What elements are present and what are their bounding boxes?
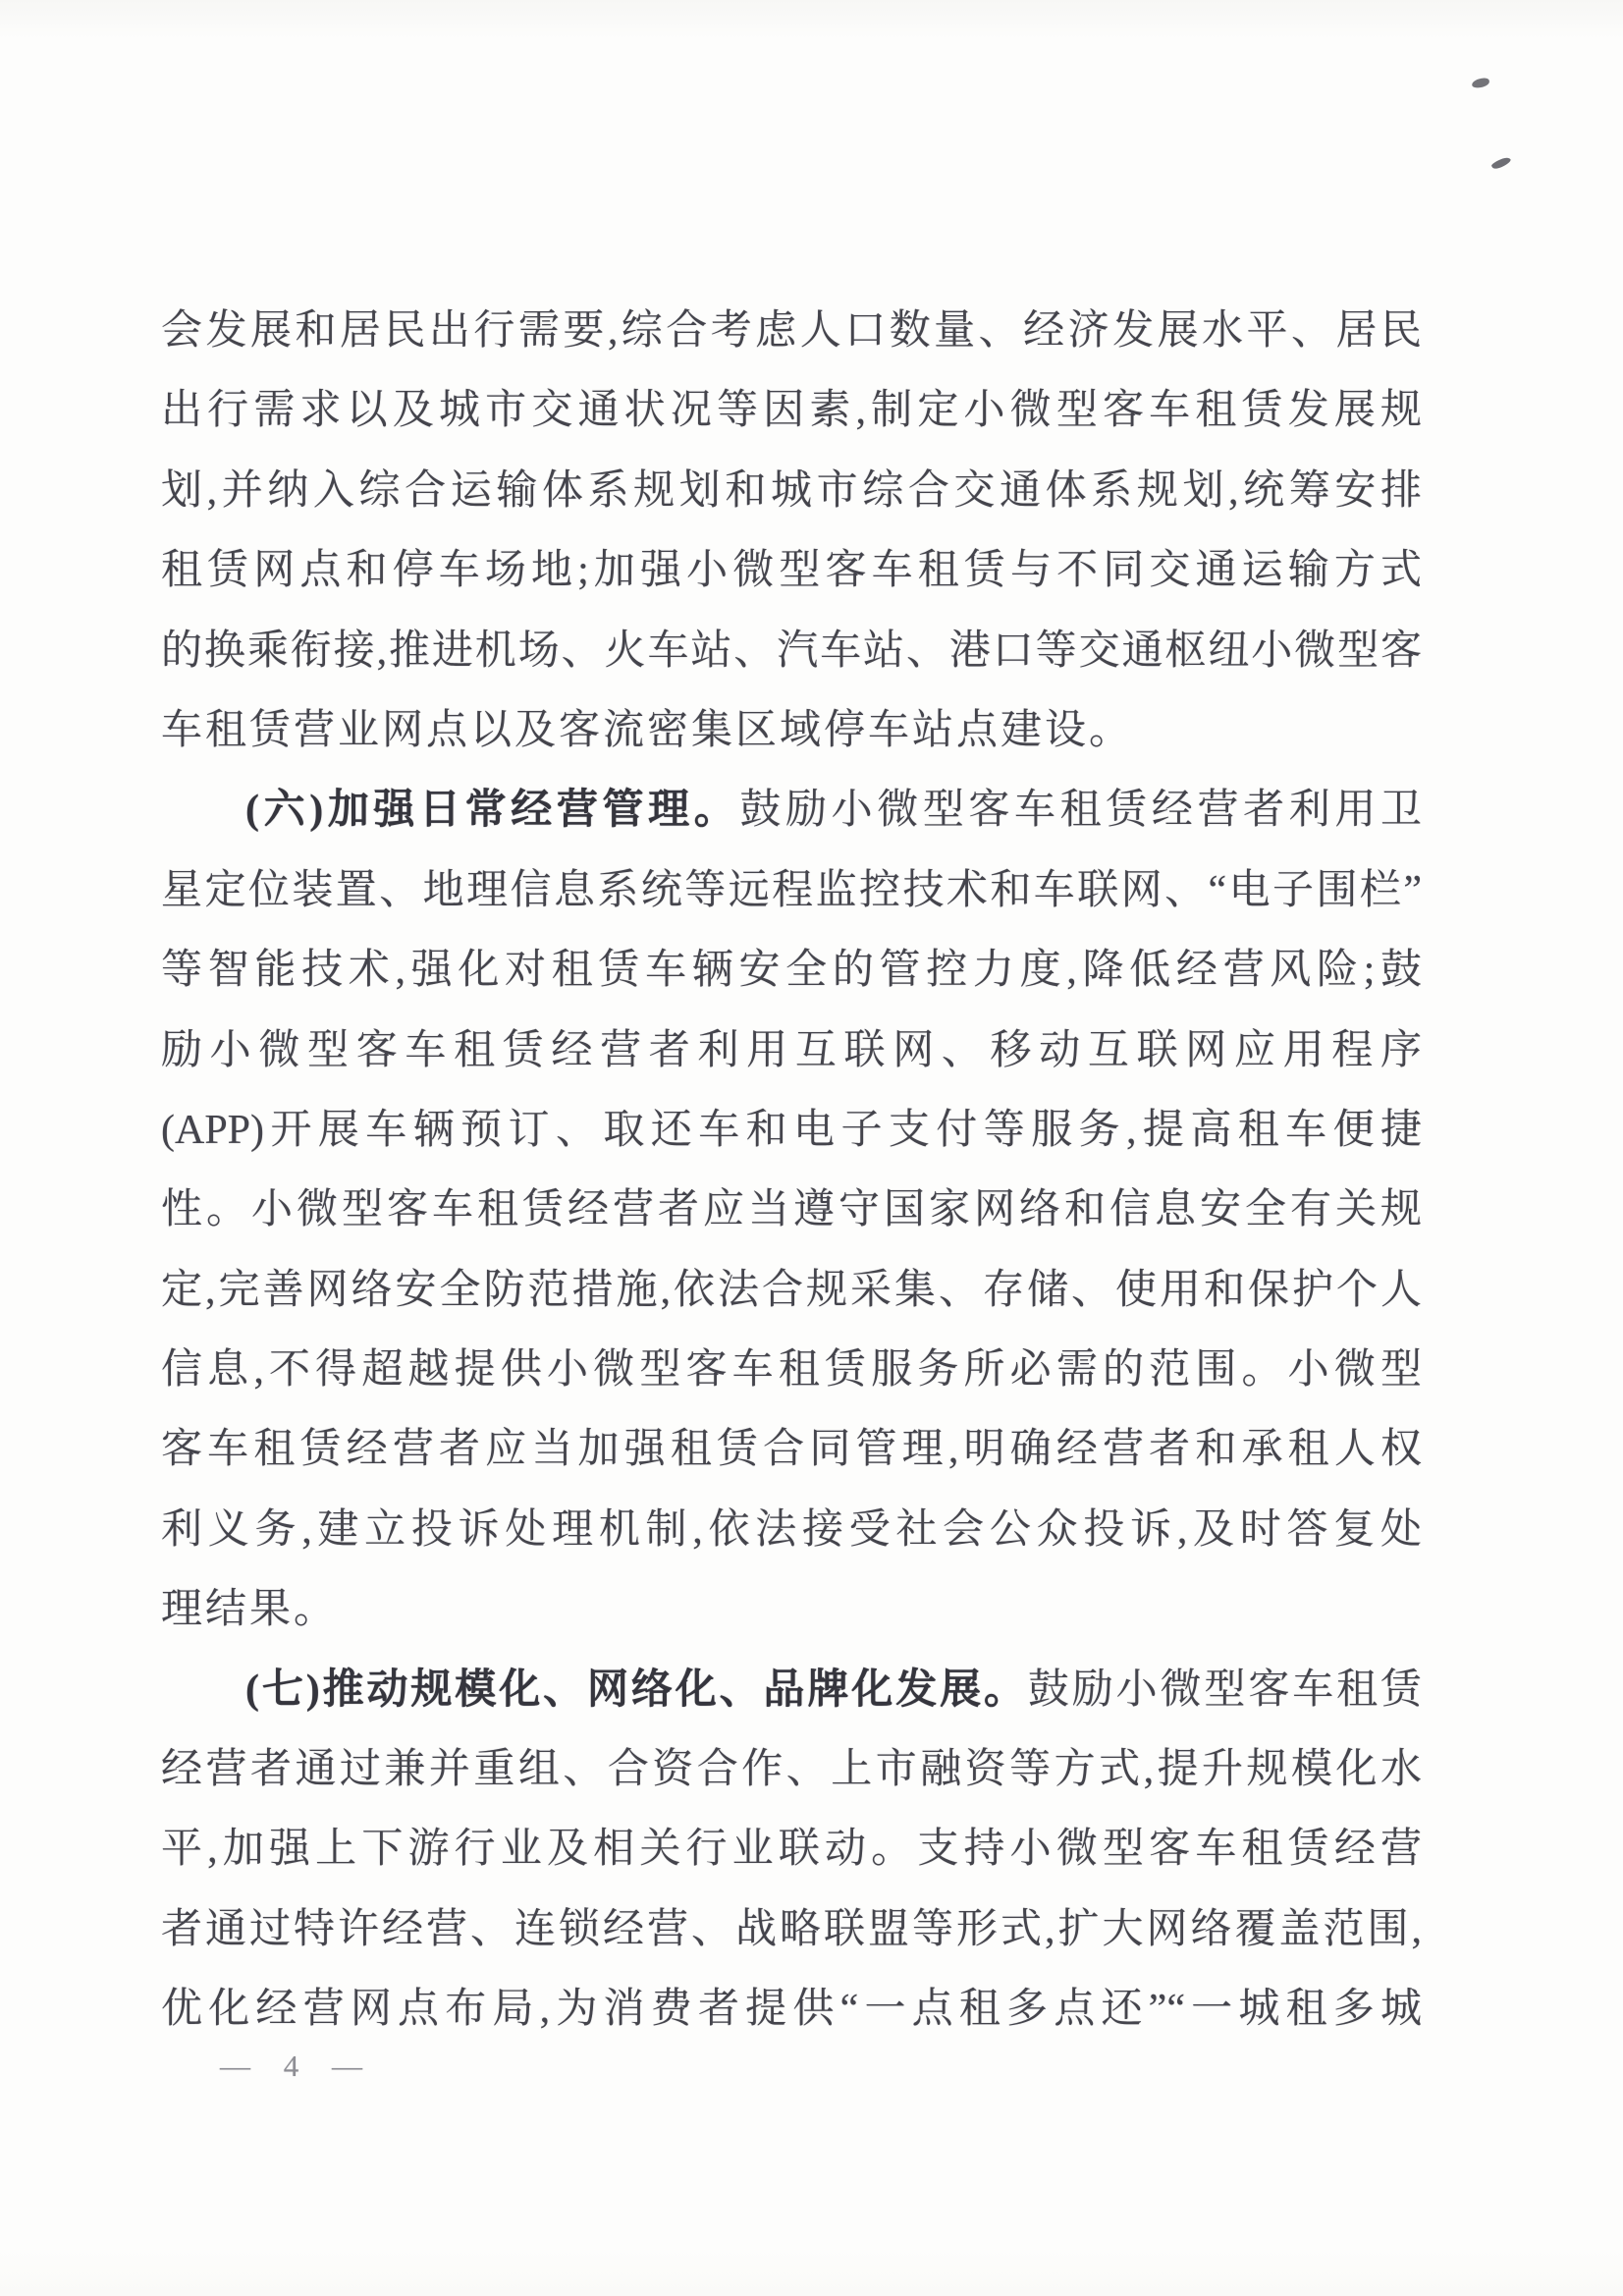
line-text: 鼓励小微型客车租赁 — [1028, 1667, 1422, 1713]
line-text: 的换乘衔接,推进机场、火车站、汽车站、港口等交通枢纽小微型客 — [161, 629, 1422, 674]
line-text: 信息,不得超越提供小微型客车租赁服务所必需的范围。小微型 — [161, 1347, 1422, 1393]
line-text: 出行需求以及城市交通状况等因素,制定小微型客车租赁发展规 — [161, 388, 1422, 433]
text-line: 励小微型客车租赁经营者利用互联网、移动互联网应用程序 — [161, 1011, 1422, 1091]
text-line: 定,完善网络安全防范措施,依法合规采集、存储、使用和保护个人 — [161, 1251, 1422, 1331]
text-line: 的换乘衔接,推进机场、火车站、汽车站、港口等交通枢纽小微型客 — [161, 612, 1422, 691]
line-text: 理结果。 — [161, 1587, 338, 1632]
text-line: 等智能技术,强化对租赁车辆安全的管控力度,降低经营风险;鼓 — [161, 931, 1422, 1011]
scanned-document-page: 会发展和居民出行需要,综合考虑人口数量、经济发展水平、居民出行需求以及城市交通状… — [0, 0, 1623, 2296]
text-line: 性。小微型客车租赁经营者应当遵守国家网络和信息安全有关规 — [161, 1171, 1422, 1250]
text-line: 经营者通过兼并重组、合资合作、上市融资等方式,提升规模化水 — [161, 1730, 1422, 1810]
text-line: 星定位装置、地理信息系统等远程监控技术和车联网、“电子围栏” — [161, 851, 1422, 931]
section-heading: (七)推动规模化、网络化、品牌化发展。 — [245, 1667, 1028, 1713]
line-text: 励小微型客车租赁经营者利用互联网、移动互联网应用程序 — [161, 1028, 1422, 1073]
line-text: (APP)开展车辆预订、取还车和电子支付等服务,提高租车便捷 — [161, 1108, 1422, 1153]
line-text: 划,并纳入综合运输体系规划和城市综合交通体系规划,统筹安排 — [161, 468, 1422, 514]
text-line: 车租赁营业网点以及客流密集区域停车站点建设。 — [161, 691, 1422, 771]
text-line: 优化经营网点布局,为消费者提供“一点租多点还”“一城租多城 — [161, 1970, 1422, 2050]
line-text: 优化经营网点布局,为消费者提供“一点租多点还”“一城租多城 — [161, 1987, 1422, 2032]
line-text: 利义务,建立投诉处理机制,依法接受社会公众投诉,及时答复处 — [161, 1507, 1422, 1553]
line-text: 者通过特许经营、连锁经营、战略联盟等形式,扩大网络覆盖范围, — [161, 1907, 1422, 1952]
text-line: (APP)开展车辆预订、取还车和电子支付等服务,提高租车便捷 — [161, 1091, 1422, 1171]
scan-speck — [1490, 154, 1511, 171]
text-line: 信息,不得超越提供小微型客车租赁服务所必需的范围。小微型 — [161, 1331, 1422, 1410]
text-line: 利义务,建立投诉处理机制,依法接受社会公众投诉,及时答复处 — [161, 1491, 1422, 1570]
text-line: 出行需求以及城市交通状况等因素,制定小微型客车租赁发展规 — [161, 371, 1422, 451]
line-text: 车租赁营业网点以及客流密集区域停车站点建设。 — [161, 708, 1133, 753]
line-text: 平,加强上下游行业及相关行业联动。支持小微型客车租赁经营 — [161, 1827, 1422, 1872]
text-line: 会发展和居民出行需要,综合考虑人口数量、经济发展水平、居民 — [161, 292, 1422, 371]
text-line: 者通过特许经营、连锁经营、战略联盟等形式,扩大网络覆盖范围, — [161, 1890, 1422, 1970]
text-line: 划,并纳入综合运输体系规划和城市综合交通体系规划,统筹安排 — [161, 452, 1422, 531]
line-text: 租赁网点和停车场地;加强小微型客车租赁与不同交通运输方式 — [161, 548, 1422, 593]
text-line: 理结果。 — [161, 1570, 1422, 1650]
line-text: 性。小微型客车租赁经营者应当遵守国家网络和信息安全有关规 — [161, 1187, 1422, 1232]
text-line: (七)推动规模化、网络化、品牌化发展。鼓励小微型客车租赁 — [161, 1651, 1422, 1730]
scan-speck — [1471, 78, 1489, 89]
line-text: 鼓励小微型客车租赁经营者利用卫 — [739, 788, 1422, 833]
line-text: 等智能技术,强化对租赁车辆安全的管控力度,降低经营风险;鼓 — [161, 948, 1422, 993]
text-line: 客车租赁经营者应当加强租赁合同管理,明确经营者和承租人权 — [161, 1410, 1422, 1490]
line-text: 会发展和居民出行需要,综合考虑人口数量、经济发展水平、居民 — [161, 308, 1422, 354]
text-line: 平,加强上下游行业及相关行业联动。支持小微型客车租赁经营 — [161, 1810, 1422, 1889]
page-number: — 4 — — [220, 2049, 367, 2084]
text-line: (六)加强日常经营管理。鼓励小微型客车租赁经营者利用卫 — [161, 771, 1422, 850]
line-text: 客车租赁经营者应当加强租赁合同管理,明确经营者和承租人权 — [161, 1427, 1422, 1472]
line-text: 经营者通过兼并重组、合资合作、上市融资等方式,提升规模化水 — [161, 1747, 1422, 1792]
document-body: 会发展和居民出行需要,综合考虑人口数量、经济发展水平、居民出行需求以及城市交通状… — [161, 292, 1422, 2050]
text-line: 租赁网点和停车场地;加强小微型客车租赁与不同交通运输方式 — [161, 531, 1422, 611]
line-text: 定,完善网络安全防范措施,依法合规采集、存储、使用和保护个人 — [161, 1268, 1422, 1313]
section-heading: (六)加强日常经营管理。 — [245, 788, 739, 833]
line-text: 星定位装置、地理信息系统等远程监控技术和车联网、“电子围栏” — [161, 868, 1422, 913]
